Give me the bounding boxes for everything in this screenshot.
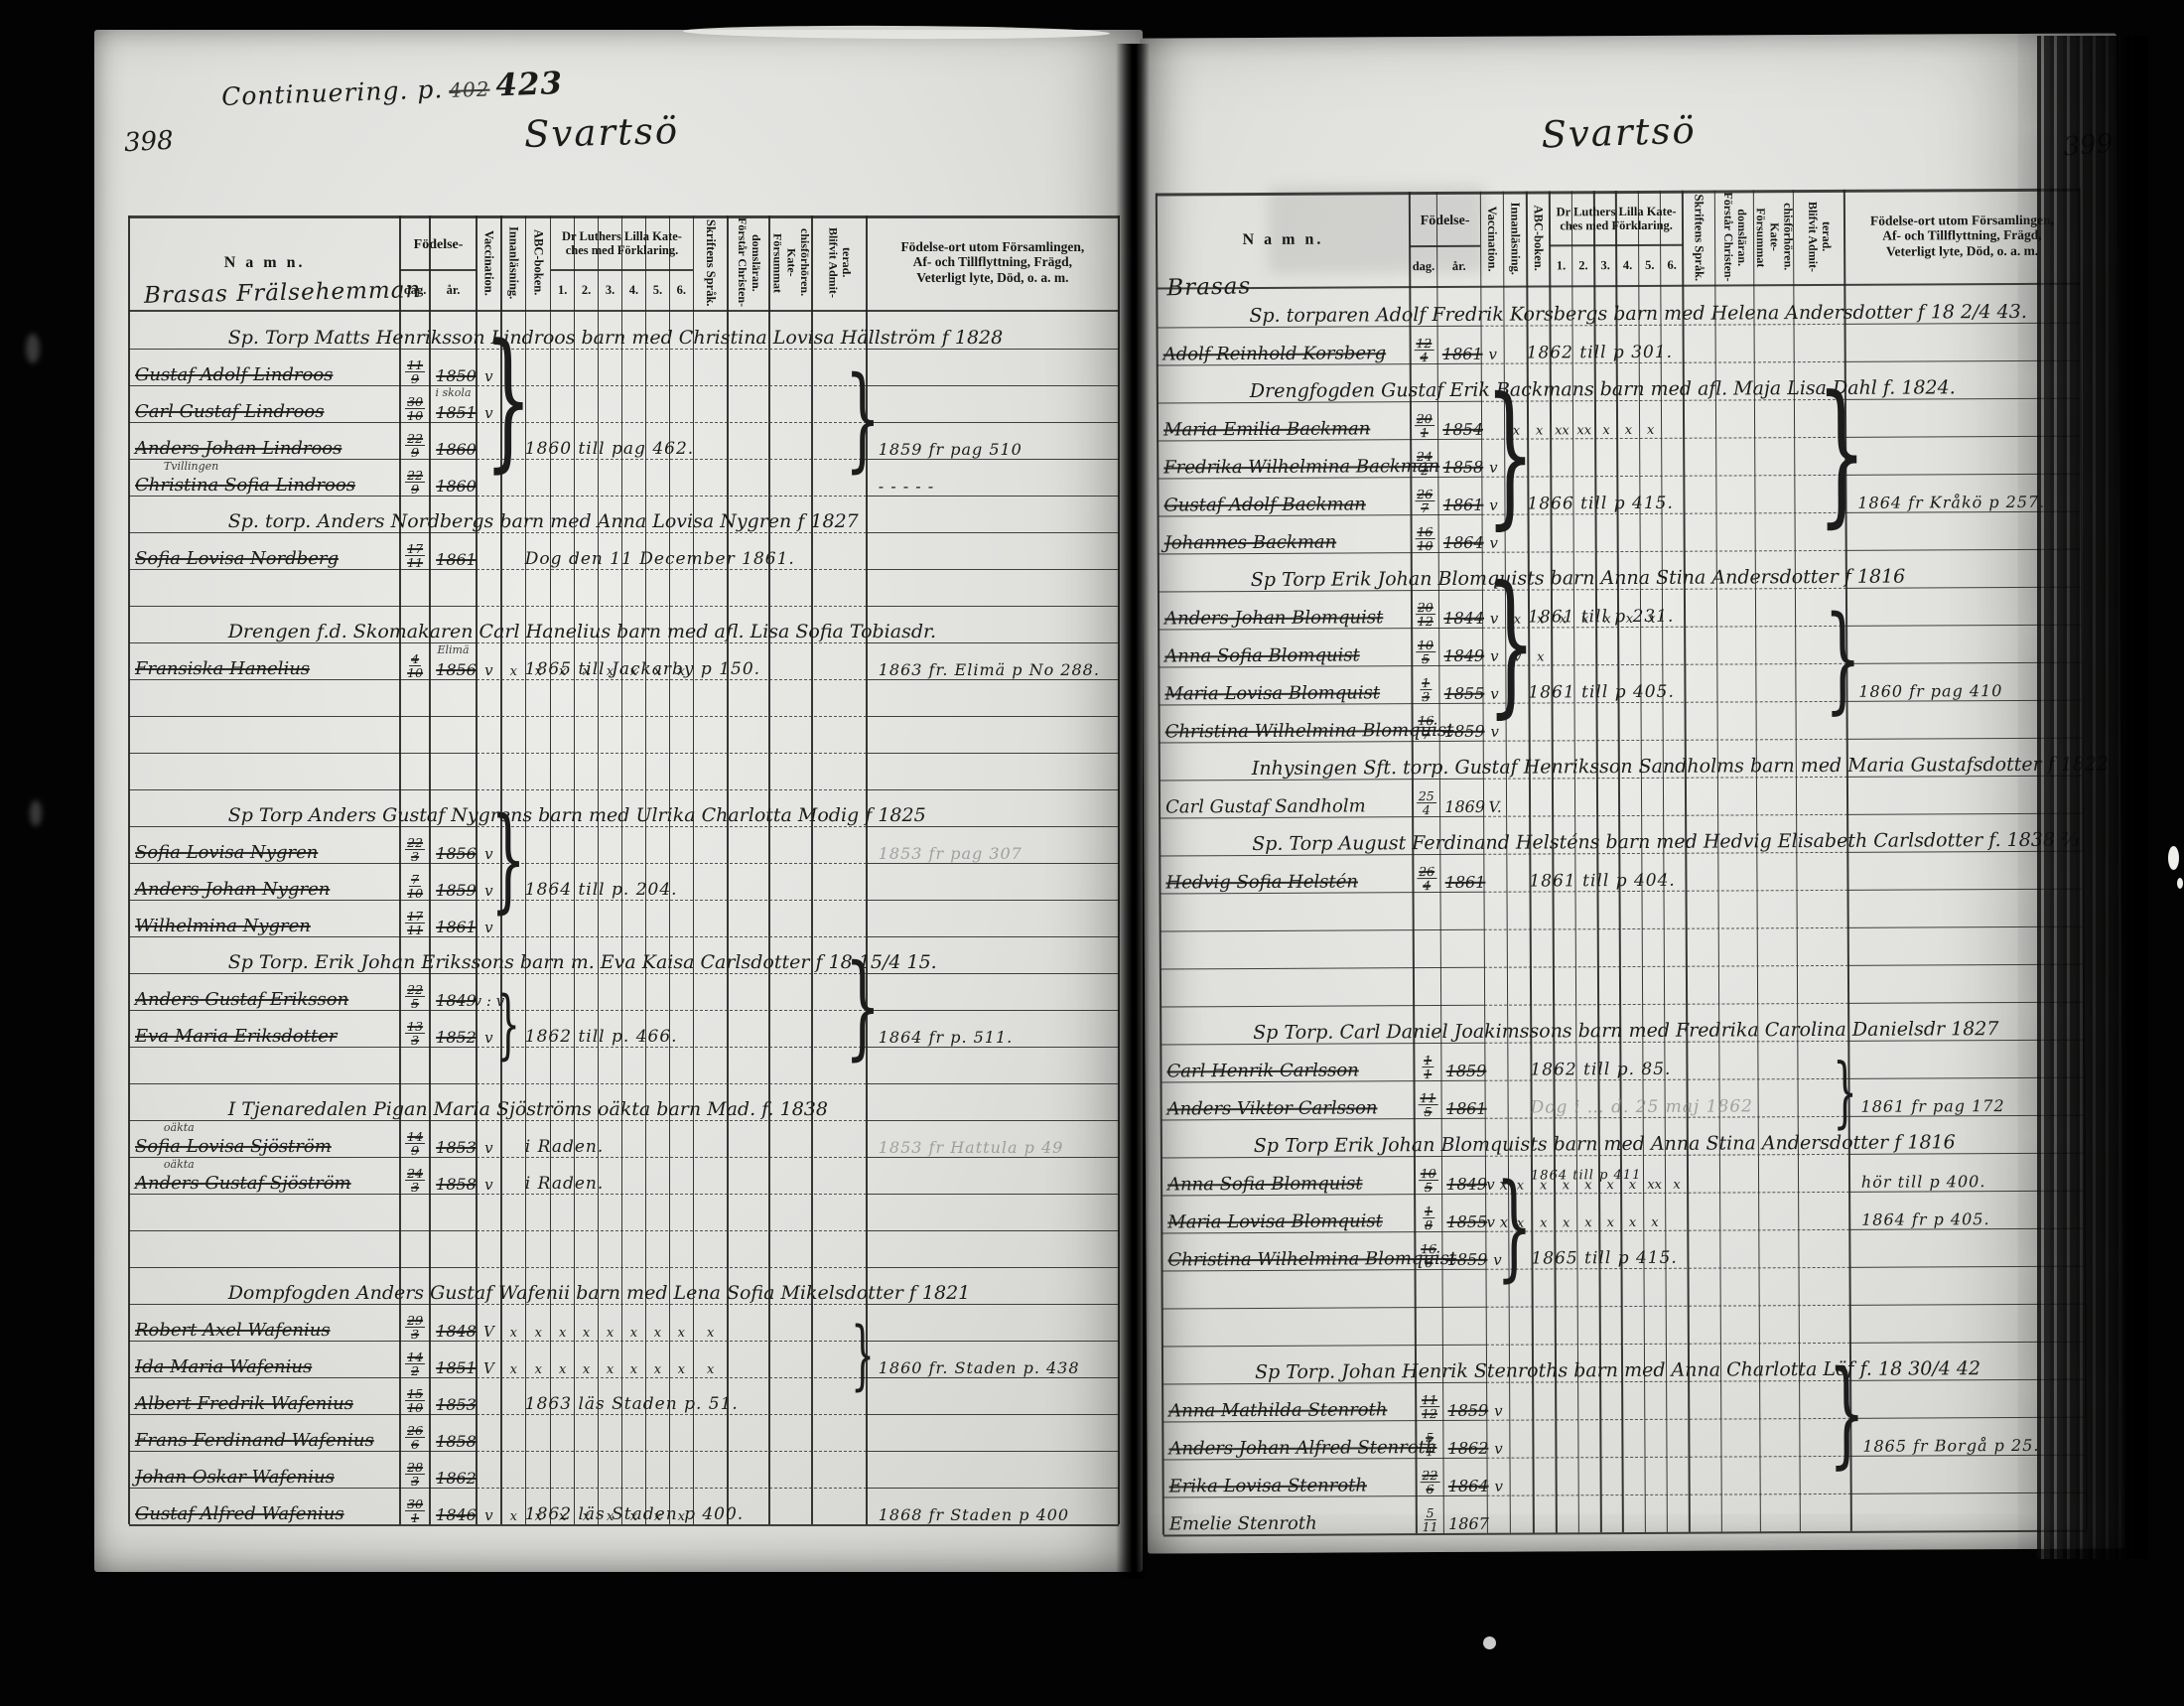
catechism-mark: x: [1617, 400, 1640, 442]
vaccination-mark: v: [477, 1010, 501, 1050]
person-name: Maria Emilia Backman: [1163, 418, 1370, 440]
birth-year-text: 1859: [1446, 1062, 1487, 1080]
catechism-mark: x: [1505, 401, 1528, 443]
birth-year: 1854: [1438, 401, 1488, 442]
person-name: Emelie Stenroth: [1169, 1513, 1317, 1535]
household-header: Sp. torparen Adolf Fredrik Korsbergs bar…: [1249, 282, 2027, 329]
household-header-text: Sp. torp. Anders Nordbergs barn med Anna…: [228, 510, 859, 532]
birth-day: 11: [1414, 1043, 1441, 1082]
person-name: Eva Maria Eriksdotter: [135, 1026, 337, 1047]
column-header-katekes: Dr Luthers Lilla Kate- ches med Förklari…: [1550, 195, 1683, 243]
birth-day: 166: [1415, 1231, 1442, 1271]
vaccination-mark: v: [477, 642, 501, 682]
person-name: Anders Johan Alfred Stenroth: [1168, 1437, 1436, 1459]
row-line: [477, 1230, 867, 1231]
record-note: 1865 till Jackarby p 150.: [525, 642, 760, 682]
birth-year: 1851: [430, 1341, 482, 1380]
birth-day-fraction: 115: [1418, 1091, 1437, 1118]
column-header-katekes-3: 3.: [1594, 246, 1617, 284]
person-row: Sofia Lovisa Sjöström: [135, 1120, 332, 1160]
birth-day: 3010: [400, 385, 430, 424]
household-header-text: Sp Torp. Carl Daniel Joakimssons barn me…: [1253, 1018, 1998, 1044]
catechism-mark: x: [693, 1304, 728, 1345]
birth-year-text: 1850: [436, 366, 477, 385]
column-header-katekes-6: 6.: [669, 271, 693, 309]
birth-year-text: 1846: [436, 1505, 477, 1524]
household-header: Sp. torp. Anders Nordbergs barn med Anna…: [228, 493, 859, 534]
birth-day: 243: [400, 1157, 430, 1196]
catechism-mark: x: [551, 1304, 575, 1345]
birth-year: 1853: [430, 1377, 482, 1417]
person-row: Anders Gustaf Eriksson: [135, 973, 348, 1013]
page-right: 399 Svartsö Brasas N a m n.Födelse-dag.å…: [1140, 33, 2124, 1553]
household-header: Sp Torp. Carl Daniel Joakimssons barn me…: [1253, 999, 1998, 1046]
household-header-text: Sp Torp Anders Gustaf Nygrens barn med U…: [228, 804, 926, 826]
scan-artifact: [1483, 1636, 1496, 1649]
birth-year: 1861: [1438, 477, 1488, 517]
margin-note: 1859 fr pag 510: [879, 422, 1023, 463]
row-line: [477, 753, 867, 754]
household-header: Sp. Torp Matts Henriksson Lindroos barn …: [228, 309, 1004, 351]
birth-year-text: 1862: [436, 1469, 477, 1488]
catechism-mark: x: [645, 1304, 669, 1345]
page-title: Svartsö: [1541, 109, 1697, 157]
record-note: 1864 till p. 204.: [525, 863, 678, 903]
catechism-mark: v: [1506, 628, 1529, 669]
record-table: N a m n.Födelse-dag.år.Vaccination.Innan…: [129, 215, 1119, 1524]
birth-year: 1861: [430, 532, 482, 572]
birth-day-fraction: 223: [405, 836, 425, 863]
person-row: Gustaf Adolf Lindroos: [135, 349, 333, 388]
birth-day: 267: [1411, 477, 1438, 516]
column-header-innanlasning: Innanläsning.: [501, 217, 526, 308]
column-header-dag: dag.: [1410, 247, 1437, 285]
birth-day-fraction: 201: [1415, 412, 1434, 439]
birth-day-fraction: 226: [1420, 1469, 1439, 1495]
person-row: Anders Johan Lindroos: [135, 422, 341, 462]
person-row: Christina Wilhelmina Blomquist: [1167, 1231, 1456, 1274]
row-line: [1484, 927, 1847, 930]
column-header-innanlasning: Innanläsning.: [1504, 194, 1528, 284]
person-name: Sofia Lovisa Sjöström: [135, 1136, 332, 1157]
catechism-mark: x: [693, 1341, 728, 1381]
person-name: Anders Gustaf Eriksson: [135, 989, 348, 1010]
birth-year-text: 1864: [1448, 1477, 1489, 1495]
birth-day-fraction: 1510: [405, 1387, 425, 1414]
catechism-mark: x: [1555, 1193, 1577, 1234]
household-header-text: Sp Torp Erik Johan Blomquists barn Anna …: [1251, 566, 1905, 591]
continuation-label: Continuering. p.: [221, 74, 444, 111]
person-row: Eva Maria Eriksdotter: [135, 1010, 337, 1050]
vaccination-mark: V: [477, 1341, 501, 1380]
person-name: Anna Sofia Blomquist: [1167, 1173, 1363, 1195]
catechism-mark: x: [1621, 1193, 1644, 1234]
column-header-abc-boken: ABC-boken.: [1527, 193, 1551, 283]
person-row: Anders Johan Nygren: [135, 863, 330, 903]
person-name: Christina Wilhelmina Blomquist: [1167, 1248, 1456, 1271]
column-header-vaccination: Vaccination.: [1480, 194, 1504, 284]
person-name: Robert Axel Wafenius: [135, 1320, 331, 1341]
birth-day: 142: [400, 1341, 430, 1379]
birth-day-fraction: 149: [405, 1130, 425, 1157]
person-row: Maria Lovisa Blomquist: [1167, 1194, 1383, 1235]
birth-day-fraction: 166: [1419, 1242, 1438, 1269]
birth-year-text: 1867: [1448, 1514, 1489, 1533]
catechism-mark: x: [622, 1304, 646, 1345]
household-header: Dompfogden Anders Gustaf Wafenii barn me…: [228, 1264, 971, 1306]
row-line: [129, 1230, 477, 1231]
birth-day: 266: [400, 1414, 430, 1453]
farm-heading: Brasas: [1166, 273, 1252, 301]
birth-year-text: 1849: [436, 991, 477, 1010]
person-name: Anders Johan Blomquist: [1164, 607, 1383, 629]
household-header-text: Dompfogden Anders Gustaf Wafenii barn me…: [228, 1282, 971, 1304]
margin-note: 1853 fr pag 307: [879, 826, 1023, 867]
column-header-katekes: Dr Luthers Lilla Kate- ches med Förklari…: [551, 219, 694, 267]
birth-year: 1859: [1443, 1382, 1493, 1423]
table-top-border: [129, 215, 1119, 218]
person-row: Sofia Lovisa Nordberg: [135, 532, 339, 572]
birth-day-fraction: 266: [405, 1424, 425, 1451]
margin-note-brace: }: [857, 1319, 869, 1392]
person-name: Carl Henrik Carlsson: [1166, 1060, 1358, 1081]
birth-day-fraction: 119: [405, 358, 425, 385]
birth-year-text: 1855: [1444, 684, 1485, 703]
margin-note: - - - - -: [879, 459, 934, 499]
margin-note: 1864 fr p 405.: [1861, 1191, 1990, 1233]
person-row: Anna Mathilda Stenroth: [1168, 1382, 1387, 1424]
person-row: Anna Sofia Blomquist: [1164, 628, 1360, 669]
column-line: [1156, 193, 1165, 1534]
household-header-text: Sp. Torp Matts Henriksson Lindroos barn …: [228, 327, 1004, 349]
person-row: Johan Oskar Wafenius: [135, 1451, 335, 1491]
birth-year: 1855: [1442, 1194, 1492, 1234]
birth-year-text: 1852: [436, 1028, 477, 1047]
record-note: i Raden.: [525, 1120, 604, 1160]
household-header-text: Inhysingen Sft. torp. Gustaf Henriksson …: [1252, 753, 2109, 780]
row-line: [477, 716, 867, 717]
person-row: Emelie Stenroth: [1169, 1496, 1317, 1538]
person-row: Hedvig Sofia Helstén: [1165, 854, 1358, 896]
column-line: [768, 215, 769, 1524]
margin-note: hör till p 400.: [1861, 1153, 1986, 1196]
row-line: [1487, 1418, 1850, 1421]
vaccination-mark: v: [477, 385, 501, 425]
household-header: Drengen f.d. Skomakaren Carl Hanelius ba…: [228, 603, 936, 644]
margin-note: 1868 fr Staden p 400: [879, 1488, 1069, 1528]
column-header-fodelseort: Födelse-ort utom Församlingen, Af- och T…: [867, 229, 1119, 295]
household-header: Sp Torp Anders Gustaf Nygrens barn med U…: [228, 786, 926, 828]
catechism-mark: x: [1595, 400, 1618, 442]
row-line: [1484, 965, 1847, 968]
birth-day: 105: [1415, 1156, 1442, 1196]
vaccination-mark: v: [477, 826, 501, 866]
column-header-vaccination: Vaccination.: [477, 217, 501, 308]
catechism-mark: x: [645, 1341, 669, 1381]
vaccination-mark: v: [1483, 665, 1506, 706]
vaccination-mark: v: [1482, 477, 1505, 517]
birth-day-fraction: 229: [405, 469, 425, 496]
catechism-mark: x: [551, 1341, 575, 1381]
row-line: [477, 385, 867, 386]
birth-year-text: 1856: [436, 660, 477, 679]
vaccination-mark: v: [1487, 1458, 1510, 1498]
catechism-mark: x: [526, 1304, 551, 1345]
person-name: Hedvig Sofia Helstén: [1165, 871, 1358, 893]
catechism-mark: x: [669, 1304, 693, 1345]
birth-year: 1859: [1442, 1231, 1492, 1272]
record-note: 1863 läs Staden p. 51.: [525, 1377, 739, 1417]
person-row: Carl Gustaf Lindroos: [135, 385, 325, 425]
scan-artifact: [30, 800, 42, 826]
record-table: N a m n.Födelse-dag.år.Vaccination.Innan…: [1157, 189, 2087, 1535]
birth-day-fraction: 18: [1423, 1205, 1434, 1231]
row-line: [1160, 967, 1484, 970]
person-name: Anna Sofia Blomquist: [1164, 644, 1360, 666]
birth-day-fraction: 229: [405, 432, 425, 459]
household-header: Drengfogden Gustaf Erik Backmans barn me…: [1250, 357, 1956, 404]
household-header: Sp Torp Erik Johan Blomquists barn Anna …: [1251, 547, 1906, 593]
birth-day-fraction: 133: [405, 1020, 425, 1047]
birth-day: 264: [1413, 854, 1440, 894]
row-line: [1487, 1493, 1850, 1496]
household-header: Sp Torp. Erik Johan Erikssons barn m. Ev…: [228, 933, 937, 975]
column-header-namn: N a m n.: [129, 243, 400, 283]
birth-year-text: 1848: [436, 1322, 477, 1341]
birth-day-fraction: 1610: [1415, 525, 1434, 552]
birth-day-fraction: 254: [1417, 789, 1436, 816]
birth-year-text: 1853: [436, 1138, 477, 1157]
birth-day-fraction: 301: [405, 1497, 425, 1524]
birth-year: 1856: [430, 642, 482, 682]
birth-day: 1711: [400, 532, 430, 571]
birth-day-fraction: 13: [1420, 676, 1432, 703]
catechism-mark: x: [1532, 1193, 1555, 1234]
birth-year-text: 1849: [1443, 646, 1484, 665]
person-row: Erika Lovisa Stenroth: [1169, 1458, 1368, 1499]
catechism-mark: x: [526, 1341, 551, 1381]
person-name: Gustaf Alfred Wafenius: [135, 1503, 344, 1524]
scan-artifact: [2177, 878, 2183, 889]
birth-day-fraction: 267: [1415, 488, 1434, 514]
birth-day-fraction: 1711: [405, 542, 425, 569]
person-row: Robert Axel Wafenius: [135, 1304, 331, 1344]
record-note: 1862 till p. 85.: [1530, 1042, 1671, 1083]
record-note: i Raden.: [525, 1157, 604, 1197]
person-row: Fransiska Hanelius: [135, 642, 310, 682]
vaccination-mark: v x: [1485, 1156, 1508, 1197]
catechism-mark: x: [1666, 1155, 1689, 1197]
person-row: Anders Johan Blomquist: [1164, 590, 1383, 632]
birth-day: 226: [1416, 1458, 1443, 1497]
record-note: Dog den 11 December 1861.: [525, 532, 795, 572]
birth-day: 511: [1417, 1495, 1444, 1535]
record-note: 1866 till p 415.: [1527, 476, 1674, 517]
catechism-mark: x: [501, 1341, 526, 1381]
birth-day: 105: [1412, 628, 1439, 667]
birth-day: 18: [1415, 1194, 1442, 1233]
row-line: [867, 1194, 1119, 1195]
person-name: Fredrika Wilhelmina Backman: [1163, 456, 1439, 478]
person-row: Sofia Lovisa Nygren: [135, 826, 318, 866]
record-note: 1862 läs Staden p 400.: [525, 1488, 744, 1527]
person-row: Anders Gustaf Sjöström: [135, 1157, 351, 1197]
birth-year-text: 1844: [1443, 609, 1484, 628]
column-header-ar: år.: [1437, 247, 1481, 285]
vaccination-mark: v x: [1486, 1194, 1509, 1234]
column-header-katekes-1: 1.: [1550, 246, 1572, 284]
person-name: Anders Johan Nygren: [135, 879, 330, 900]
birth-year-text: 1861: [1445, 873, 1486, 892]
row-line: [1162, 1307, 1486, 1310]
birth-year: 1859: [1441, 1043, 1491, 1083]
birth-year: 1862: [1443, 1420, 1493, 1461]
person-name: Sofia Lovisa Nordberg: [135, 548, 339, 569]
person-name: Anders Gustaf Sjöström: [135, 1173, 351, 1194]
page-number: 398: [123, 126, 174, 159]
catechism-mark: x: [1506, 590, 1529, 632]
birth-day: 293: [400, 1304, 430, 1343]
column-header-katekes-4: 4.: [1616, 246, 1639, 284]
person-row: Carl Henrik Carlsson: [1166, 1043, 1359, 1084]
birth-year-text: 1858: [1442, 458, 1483, 477]
birth-year: 1851: [430, 385, 482, 425]
birth-day-fraction: 283: [405, 1461, 425, 1488]
birth-year: 1849: [1442, 1156, 1492, 1197]
household-header-text: Drengen f.d. Skomakaren Carl Hanelius ba…: [228, 621, 936, 642]
birth-year-text: 1851: [436, 1358, 477, 1377]
birth-year-text: 1860: [436, 440, 477, 459]
column-header-ar: år.: [430, 271, 477, 309]
column-header-katekes-5: 5.: [1639, 246, 1662, 284]
row-line: [129, 753, 477, 754]
person-row: Albert Fredrik Wafenius: [135, 1377, 353, 1417]
catechism-mark: x: [575, 1304, 599, 1345]
birth-year-text: 1858: [436, 1432, 477, 1451]
row-line: [1487, 1456, 1850, 1459]
birth-year-text: 1855: [1446, 1212, 1487, 1231]
vaccination-mark: v: [1487, 1420, 1510, 1461]
household-header: Sp. Torp August Ferdinand Helsténs barn …: [1252, 810, 2079, 857]
catechism-mark: x: [501, 1488, 526, 1528]
page-title: Svartsö: [523, 109, 679, 156]
continuation-old-page: 402: [449, 77, 490, 102]
catechism-mark: x: [1509, 1156, 1532, 1198]
person-name: Erika Lovisa Stenroth: [1169, 1475, 1367, 1496]
column-header-katekes-3: 3.: [599, 271, 622, 309]
birth-day-fraction: 511: [1423, 1506, 1438, 1533]
row-line: [867, 1414, 1119, 1415]
row-line: [867, 1083, 1119, 1084]
birth-day-fraction: 142: [405, 1351, 425, 1377]
birth-day-fraction: 3010: [405, 395, 425, 422]
scan-artifact: [2168, 846, 2179, 870]
margin-note: 1853 fr Hattula p 49: [879, 1120, 1064, 1161]
birth-year-text: 1859: [1447, 1401, 1488, 1420]
birth-day-fraction: 225: [405, 983, 425, 1010]
birth-day-fraction: 2012: [1416, 601, 1435, 628]
column-header-blifvit: Blifvit Admit- terad.: [812, 217, 867, 308]
birth-day-fraction: 11: [1422, 1054, 1433, 1080]
row-line: [867, 569, 1119, 570]
birth-day-fraction: 264: [1417, 865, 1436, 892]
birth-year-text: 1861: [1443, 496, 1484, 514]
column-header-abc-boken: ABC-boken.: [526, 217, 551, 308]
birth-year: 1853: [430, 1120, 482, 1160]
record-note: 1861 till p 405.: [1528, 664, 1675, 706]
birth-day: 149: [400, 1120, 430, 1159]
birth-year: 1861: [1440, 854, 1490, 895]
birth-year: 1858: [430, 1414, 482, 1454]
household-header: Sp Torp. Johan Henrik Stenroths barn med…: [1255, 1339, 1980, 1385]
birth-year: 1844: [1439, 590, 1489, 631]
birth-day: 1510: [400, 1377, 430, 1416]
birth-year: 1867: [1443, 1495, 1493, 1536]
row-line: [867, 900, 1119, 901]
catechism-mark: x: [1509, 1194, 1532, 1235]
column-header-namn: N a m n.: [1157, 219, 1410, 260]
page-left: Continuering. p.402423 398 Svartsö Brasa…: [94, 30, 1143, 1572]
scanned-record-spread: Continuering. p.402423 398 Svartsö Brasa…: [0, 0, 2184, 1706]
birth-day: 13: [1412, 665, 1439, 705]
birth-day: 223: [400, 826, 430, 865]
birth-day: 710: [400, 863, 430, 902]
catechism-mark: x: [501, 642, 526, 683]
row-line: [1487, 1531, 1850, 1535]
birth-day: 2012: [1412, 590, 1439, 630]
person-name: Johan Oskar Wafenius: [135, 1467, 335, 1488]
column-header-katekes-5: 5.: [645, 271, 669, 309]
birth-day: 242: [1411, 439, 1438, 479]
catechism-mark: x: [1528, 400, 1551, 442]
birth-day: 301: [400, 1488, 430, 1526]
vaccination-mark: v: [1482, 439, 1505, 480]
catechism-mark: x: [1644, 1193, 1667, 1234]
row-line: [129, 716, 477, 717]
birth-day: 229: [400, 422, 430, 461]
vaccination-mark: v: [1483, 628, 1506, 668]
birth-year: 1848: [430, 1304, 482, 1344]
record-note: 1860 till pag 462.: [525, 422, 694, 462]
margin-note-brace: }: [1837, 603, 1849, 716]
catechism-mark: x: [1639, 400, 1662, 442]
person-row: Gustaf Adolf Backman: [1163, 477, 1366, 518]
birth-day-fraction: 1112: [1420, 1393, 1439, 1420]
row-line: [867, 385, 1119, 386]
birth-day: 283: [400, 1451, 430, 1490]
person-row: Gustaf Alfred Wafenius: [135, 1488, 344, 1527]
column-header-katekes-1: 1.: [551, 271, 575, 309]
birth-year: 1856: [430, 826, 482, 866]
birth-day-fraction: 410: [407, 652, 423, 679]
column-header-katekes-6: 6.: [1661, 246, 1684, 284]
birth-year-text: 1856: [436, 844, 477, 863]
household-header-text: Sp. Torp August Ferdinand Helsténs barn …: [1252, 829, 2079, 855]
birth-year-text: 1859: [436, 881, 477, 900]
household-header: Inhysingen Sft. torp. Gustaf Henriksson …: [1252, 734, 2109, 782]
birth-day: 1112: [1416, 1382, 1443, 1422]
catechism-mark: x: [575, 1341, 599, 1381]
birth-year: 1858: [430, 1157, 482, 1197]
catechism-mark: xx: [1643, 1155, 1666, 1197]
margin-note: 1864 fr Kråkö p 257.: [1857, 474, 2045, 516]
catechism-mark: x: [669, 1341, 693, 1381]
person-name: Frans Ferdinand Wafenius: [135, 1430, 374, 1451]
catechism-mark: x: [501, 1304, 526, 1345]
birth-year-text: 1862: [1448, 1439, 1489, 1458]
household-header-text: Drengfogden Gustaf Erik Backmans barn me…: [1250, 376, 1956, 402]
margin-note: 1863 fr. Elimä p No 288.: [879, 642, 1100, 683]
